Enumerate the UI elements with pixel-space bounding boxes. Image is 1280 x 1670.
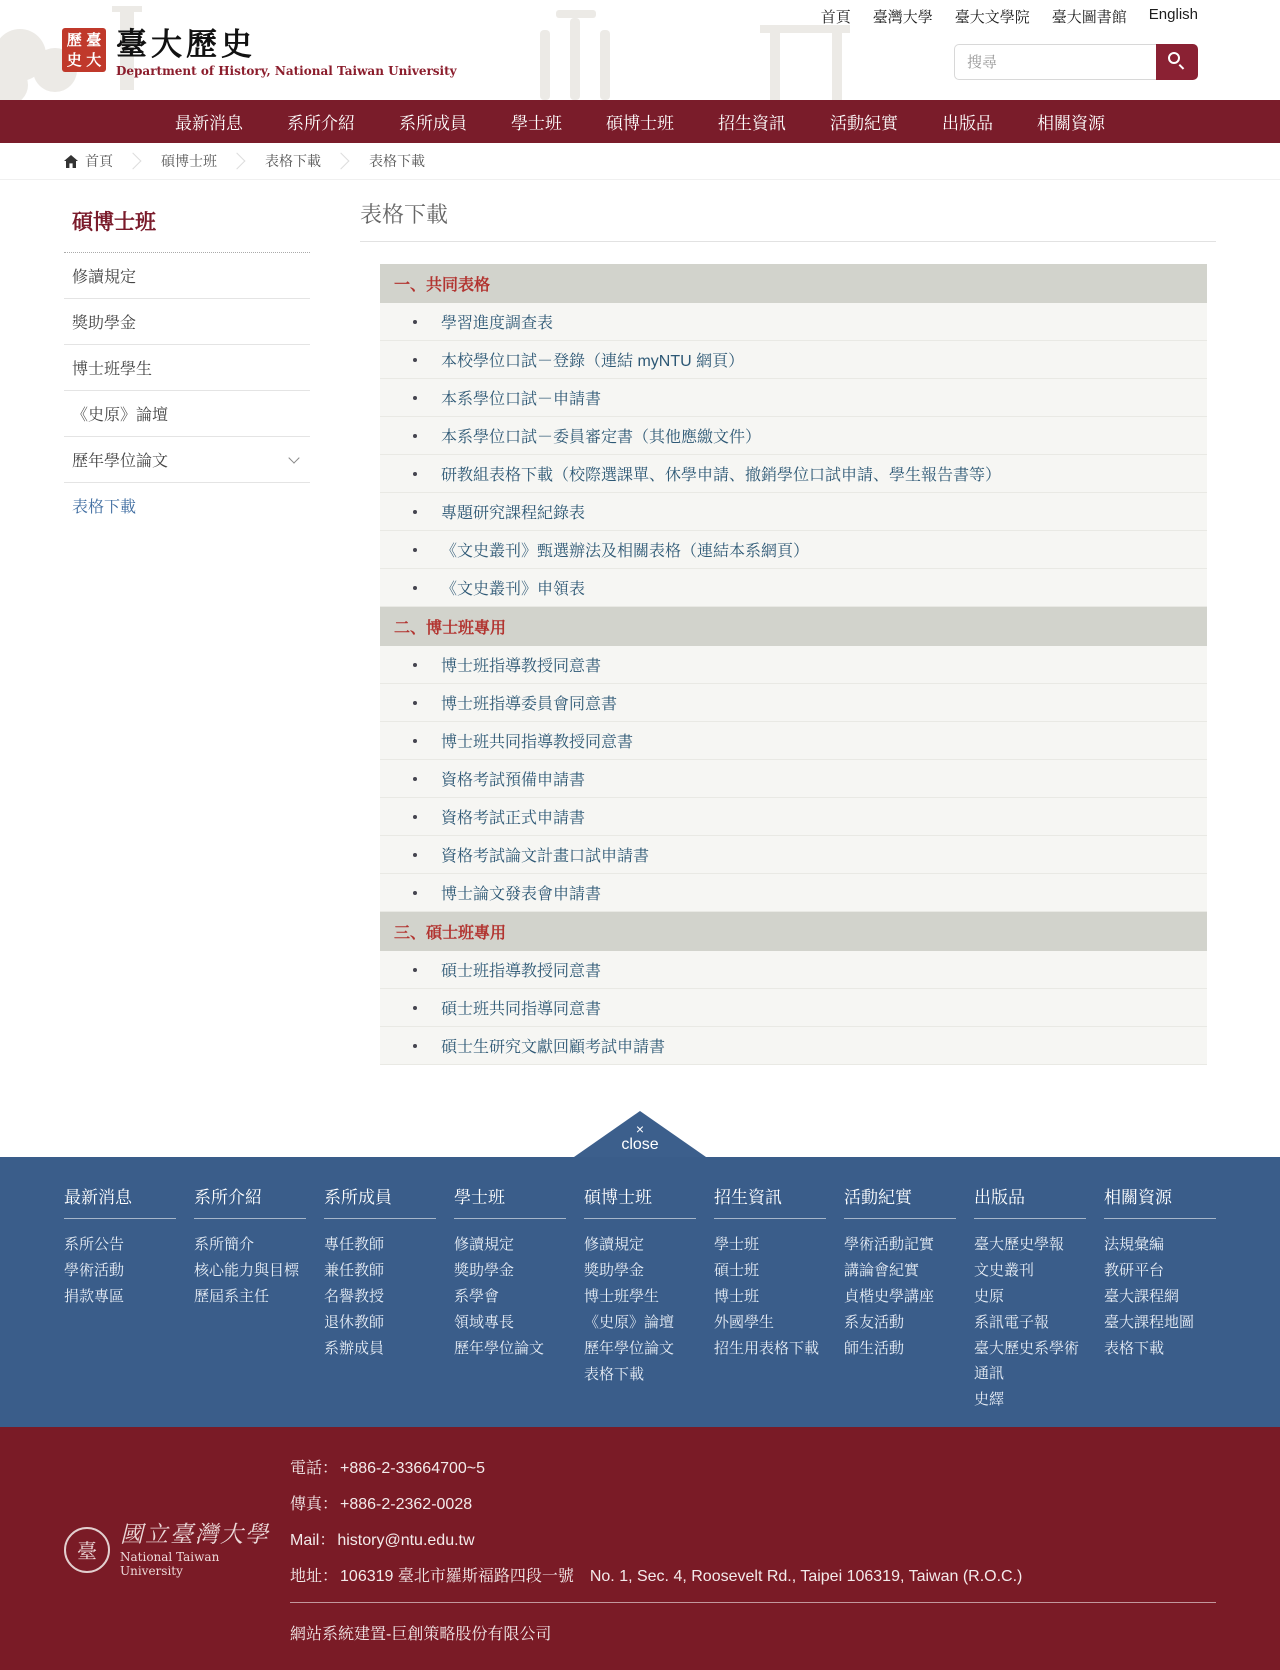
footer-link[interactable]: 系所簡介 bbox=[194, 1232, 306, 1257]
footer-column-title[interactable]: 招生資訊 bbox=[714, 1183, 826, 1219]
footer-link[interactable]: 表格下載 bbox=[584, 1362, 696, 1387]
footer-link[interactable]: 名譽教授 bbox=[324, 1284, 436, 1309]
footer-column-links: 專任教師 兼任教師 名譽教授 退休教師 系辦成員 bbox=[324, 1232, 436, 1361]
footer-column: 活動紀實 學術活動記實 講論會紀實 貞楷史學講座 系友活動 師生活動 bbox=[844, 1183, 956, 1413]
main-content: 表格下載 一、共同表格 學習進度調查表 bbox=[360, 198, 1216, 1065]
footer-link[interactable]: 碩士班 bbox=[714, 1258, 826, 1283]
download-link[interactable]: 本系學位口試－申請書 bbox=[441, 386, 601, 409]
footer-link[interactable]: 教研平台 bbox=[1104, 1258, 1216, 1283]
table-row: 研教組表格下載（校際選課單、休學申請、撤銷學位口試申請、學生報告書等） bbox=[380, 455, 1207, 493]
contact-line: Mail：history@ntu.edu.tw bbox=[290, 1527, 1216, 1550]
download-link[interactable]: 博士班指導教授同意書 bbox=[441, 653, 601, 676]
page-body: 碩博士班 修讀規定 獎助學金 博士班學生 《史原》論 bbox=[0, 180, 1280, 1095]
download-link[interactable]: 資格考試預備申請書 bbox=[441, 767, 585, 790]
sidebar-item-label: 表格下載 bbox=[72, 494, 136, 517]
seal-character: 歷 bbox=[65, 31, 84, 50]
sidebar-item-label: 歷年學位論文 bbox=[72, 448, 168, 471]
search-icon bbox=[1168, 52, 1180, 64]
top-utility-link[interactable]: 臺灣大學 bbox=[873, 6, 933, 27]
download-section: 三、碩士班專用 碩士班指導教授同意書 碩士班共同指導同意書 bbox=[380, 912, 1207, 1065]
footer-link[interactable]: 招生用表格下載 bbox=[714, 1336, 826, 1361]
table-row: 《文史叢刊》甄選辦法及相關表格（連結本系網頁） bbox=[380, 531, 1207, 569]
download-link[interactable]: 博士班指導委員會同意書 bbox=[441, 691, 617, 714]
breadcrumb-item[interactable]: 表格下載 bbox=[369, 151, 425, 171]
section-header: 三、碩士班專用 bbox=[380, 912, 1207, 951]
breadcrumb-item[interactable]: 首頁 bbox=[85, 151, 113, 171]
bullet-icon bbox=[413, 701, 417, 705]
sidebar-item[interactable]: 表格下載 bbox=[64, 483, 310, 528]
table-row: 資格考試預備申請書 bbox=[380, 760, 1207, 798]
table-row: 資格考試正式申請書 bbox=[380, 798, 1207, 836]
table-row: 博士班共同指導教授同意書 bbox=[380, 722, 1207, 760]
table-row: 本系學位口試－委員審定書（其他應繳文件） bbox=[380, 417, 1207, 455]
table-row: 學習進度調查表 bbox=[380, 303, 1207, 341]
footer-link[interactable]: 核心能力與目標 bbox=[194, 1258, 306, 1283]
section-rows: 博士班指導教授同意書 博士班指導委員會同意書 博士班共同指導教授同意書 bbox=[380, 646, 1207, 912]
footer-link[interactable]: 博士班 bbox=[714, 1284, 826, 1309]
sidebar-item[interactable]: 修讀規定 bbox=[64, 253, 310, 299]
footer-column-title[interactable]: 最新消息 bbox=[64, 1183, 176, 1219]
footer-link[interactable]: 領域專長 bbox=[454, 1310, 566, 1335]
department-seal-icon: 歷臺史大 bbox=[62, 28, 106, 72]
footer-link[interactable]: 專任教師 bbox=[324, 1232, 436, 1257]
section-rows: 碩士班指導教授同意書 碩士班共同指導同意書 碩士生研究文獻回顧考試申請書 bbox=[380, 951, 1207, 1065]
close-label: close bbox=[621, 1136, 658, 1154]
download-link[interactable]: 專題研究課程紀錄表 bbox=[441, 500, 585, 523]
download-link[interactable]: 博士論文發表會申請書 bbox=[441, 881, 601, 904]
close-icon: × bbox=[636, 1122, 644, 1136]
breadcrumb-separator-icon bbox=[229, 153, 246, 170]
footer-link[interactable]: 臺大課程地圖 bbox=[1104, 1310, 1216, 1335]
footer-link[interactable]: 史繹 bbox=[974, 1387, 1086, 1412]
footer-link[interactable]: 系所公告 bbox=[64, 1232, 176, 1257]
sidebar-item[interactable]: 歷年學位論文 bbox=[64, 437, 310, 483]
top-utility-link[interactable]: English bbox=[1149, 6, 1198, 27]
bullet-icon bbox=[413, 548, 417, 552]
primary-nav-item[interactable]: 活動紀實 bbox=[830, 109, 898, 134]
download-link[interactable]: 博士班共同指導教授同意書 bbox=[441, 729, 633, 752]
contact-value: history@ntu.edu.tw bbox=[337, 1532, 474, 1549]
footer-column-title[interactable]: 出版品 bbox=[974, 1183, 1086, 1219]
title-divider bbox=[360, 241, 1216, 242]
top-utility-link[interactable]: 首頁 bbox=[821, 6, 851, 27]
footer-link[interactable]: 貞楷史學講座 bbox=[844, 1284, 956, 1309]
bullet-icon bbox=[413, 1044, 417, 1048]
footer-link[interactable]: 捐款專區 bbox=[64, 1284, 176, 1309]
sidebar-item-label: 獎助學金 bbox=[72, 310, 136, 333]
footer-link[interactable]: 史原 bbox=[974, 1284, 1086, 1309]
footer-link[interactable]: 學術活動記實 bbox=[844, 1232, 956, 1257]
breadcrumb-item[interactable]: 碩博士班 bbox=[161, 151, 217, 171]
sidebar-item-label: 修讀規定 bbox=[72, 264, 136, 287]
primary-nav-item[interactable]: 系所成員 bbox=[399, 109, 467, 134]
footer-link[interactable]: 法規彙編 bbox=[1104, 1232, 1216, 1257]
bullet-icon bbox=[413, 434, 417, 438]
footer-column-links: 系所公告 學術活動 捐款專區 bbox=[64, 1232, 176, 1309]
footer-column-links: 系所簡介 核心能力與目標 歷屆系主任 bbox=[194, 1232, 306, 1309]
sidebar-item[interactable]: 博士班學生 bbox=[64, 345, 310, 391]
page-title: 表格下載 bbox=[360, 198, 1216, 241]
primary-nav-item[interactable]: 相關資源 bbox=[1037, 109, 1105, 134]
top-utility-link[interactable]: 臺大圖書館 bbox=[1052, 6, 1127, 27]
footer-link[interactable]: 系訊電子報 bbox=[974, 1310, 1086, 1335]
footer-link[interactable]: 表格下載 bbox=[1104, 1336, 1216, 1361]
contact-value: +886-2-33664700~5 bbox=[340, 1460, 485, 1477]
footer-link[interactable]: 講論會紀實 bbox=[844, 1258, 956, 1283]
ntu-seal-icon: 臺 bbox=[64, 1527, 110, 1573]
primary-nav-item[interactable]: 出版品 bbox=[942, 109, 993, 134]
ntu-logo: 臺 國立臺灣大學 National Taiwan University bbox=[64, 1522, 278, 1578]
primary-nav: 最新消息 系所介紹 系所成員 學士班 碩博士班 招生資訊 活動紀實 出版品 相關… bbox=[0, 100, 1280, 143]
section-header: 二、博士班專用 bbox=[380, 607, 1207, 646]
footer-column-title[interactable]: 活動紀實 bbox=[844, 1183, 956, 1219]
footer-column: 最新消息 系所公告 學術活動 捐款專區 bbox=[64, 1183, 176, 1413]
table-row: 本系學位口試－申請書 bbox=[380, 379, 1207, 417]
sidebar-item[interactable]: 《史原》論壇 bbox=[64, 391, 310, 437]
download-link[interactable]: 學習進度調查表 bbox=[441, 310, 553, 333]
site-logo[interactable]: 歷臺史大 臺大歷史 Department of History, Nationa… bbox=[62, 28, 457, 78]
footer-link[interactable]: 系友活動 bbox=[844, 1310, 956, 1335]
download-link[interactable]: 《文史叢刊》申領表 bbox=[441, 576, 585, 599]
footer-column-title[interactable]: 學士班 bbox=[454, 1183, 566, 1219]
footer-link[interactable]: 兼任教師 bbox=[324, 1258, 436, 1283]
bullet-icon bbox=[413, 358, 417, 362]
table-row: 博士班指導委員會同意書 bbox=[380, 684, 1207, 722]
footer-link[interactable]: 《史原》論壇 bbox=[584, 1310, 696, 1335]
university-name-en: National Taiwan University bbox=[120, 1550, 278, 1578]
section-rows: 學習進度調查表 本校學位口試－登錄（連結 myNTU 網頁） 本系學位口試－申請… bbox=[380, 303, 1207, 607]
breadcrumb-separator-icon bbox=[333, 153, 350, 170]
download-table: 一、共同表格 學習進度調查表 本校學位口試－登錄（連結 myNTU 網頁） bbox=[380, 264, 1207, 1065]
table-row: 碩士生研究文獻回顧考試申請書 bbox=[380, 1027, 1207, 1065]
site-subtitle: Department of History, National Taiwan U… bbox=[116, 64, 457, 78]
contact-divider bbox=[290, 1602, 1216, 1603]
university-name: 國立臺灣大學 bbox=[120, 1522, 278, 1548]
footer-link[interactable]: 退休教師 bbox=[324, 1310, 436, 1335]
footer-column-links: 法規彙編 教研平台 臺大課程網 臺大課程地圖 表格下載 bbox=[1104, 1232, 1216, 1361]
footer-link[interactable]: 獎助學金 bbox=[454, 1258, 566, 1283]
footer-column-links: 臺大歷史學報 文史叢刊 史原 系訊電子報 臺大歷史系學術通訊 史繹 bbox=[974, 1232, 1086, 1412]
footer-link[interactable]: 臺大歷史系學術通訊 bbox=[974, 1336, 1086, 1386]
seal-character: 大 bbox=[85, 51, 104, 70]
footer-link[interactable]: 臺大課程網 bbox=[1104, 1284, 1216, 1309]
footer-link[interactable]: 臺大歷史學報 bbox=[974, 1232, 1086, 1257]
contact-line: 地址：106319 臺北市羅斯福路四段一號 No. 1, Sec. 4, Roo… bbox=[290, 1563, 1216, 1586]
download-link[interactable]: 本校學位口試－登錄（連結 myNTU 網頁） bbox=[441, 348, 744, 371]
primary-nav-item[interactable]: 學士班 bbox=[511, 109, 562, 134]
sidebar: 碩博士班 修讀規定 獎助學金 博士班學生 《史原》論 bbox=[64, 198, 310, 1065]
table-row: 資格考試論文計畫口試申請書 bbox=[380, 836, 1207, 874]
section-header: 一、共同表格 bbox=[380, 264, 1207, 303]
footer-link[interactable]: 外國學生 bbox=[714, 1310, 826, 1335]
footer-column-title[interactable]: 系所成員 bbox=[324, 1183, 436, 1219]
footer-column-links: 學士班 碩士班 博士班 外國學生 招生用表格下載 bbox=[714, 1232, 826, 1361]
footer-column-links: 修讀規定 獎助學金 博士班學生 《史原》論壇 歷年學位論文 表格下載 bbox=[584, 1232, 696, 1387]
download-link[interactable]: 資格考試論文計畫口試申請書 bbox=[441, 843, 649, 866]
footer-column: 相關資源 法規彙編 教研平台 臺大課程網 臺大課程地圖 表格下載 bbox=[1104, 1183, 1216, 1413]
site-credit: 網站系統建置-巨創策略股份有限公司 bbox=[290, 1621, 1216, 1644]
bullet-icon bbox=[413, 472, 417, 476]
home-icon bbox=[64, 155, 78, 168]
footer-link[interactable]: 歷屆系主任 bbox=[194, 1284, 306, 1309]
chevron-down-icon bbox=[288, 452, 299, 463]
contact-info: 電話：+886-2-33664700~5 傳真：+886-2-2362-0028… bbox=[290, 1455, 1216, 1644]
bullet-icon bbox=[413, 815, 417, 819]
footer-column: 碩博士班 修讀規定 獎助學金 博士班學生 《史原》論壇 歷年學位論文 表格下載 bbox=[584, 1183, 696, 1413]
table-row: 專題研究課程紀錄表 bbox=[380, 493, 1207, 531]
download-link[interactable]: 資格考試正式申請書 bbox=[441, 805, 585, 828]
footer-link[interactable]: 學術活動 bbox=[64, 1258, 176, 1283]
footer-column-links: 修讀規定 獎助學金 系學會 領域專長 歷年學位論文 bbox=[454, 1232, 566, 1361]
footer-column: 學士班 修讀規定 獎助學金 系學會 領域專長 歷年學位論文 bbox=[454, 1183, 566, 1413]
bullet-icon bbox=[413, 510, 417, 514]
bullet-icon bbox=[413, 586, 417, 590]
footer-sitemap: 最新消息 系所公告 學術活動 捐款專區 系所介紹 系所簡介 核心能力與目標 bbox=[0, 1157, 1280, 1427]
footer-close-button[interactable]: × close bbox=[574, 1111, 706, 1157]
footer-close-container: × close bbox=[0, 1111, 1280, 1157]
bullet-icon bbox=[413, 853, 417, 857]
bullet-icon bbox=[413, 891, 417, 895]
site-title: 臺大歷史 bbox=[116, 28, 457, 62]
table-row: 本校學位口試－登錄（連結 myNTU 網頁） bbox=[380, 341, 1207, 379]
table-row: 《文史叢刊》申領表 bbox=[380, 569, 1207, 607]
download-link[interactable]: 碩士生研究文獻回顧考試申請書 bbox=[441, 1034, 665, 1057]
footer-column-title[interactable]: 相關資源 bbox=[1104, 1183, 1216, 1219]
sidebar-item-label: 《史原》論壇 bbox=[72, 402, 168, 425]
footer-link[interactable]: 系學會 bbox=[454, 1284, 566, 1309]
search-button[interactable] bbox=[1156, 44, 1198, 80]
sidebar-item-label: 博士班學生 bbox=[72, 356, 152, 379]
footer-link[interactable]: 文史叢刊 bbox=[974, 1258, 1086, 1283]
search-input[interactable] bbox=[954, 44, 1156, 80]
bullet-icon bbox=[413, 968, 417, 972]
footer-column: 招生資訊 學士班 碩士班 博士班 外國學生 招生用表格下載 bbox=[714, 1183, 826, 1413]
footer-link[interactable]: 歷年學位論文 bbox=[584, 1336, 696, 1361]
footer-column: 出版品 臺大歷史學報 文史叢刊 史原 系訊電子報 臺大歷史系學術通訊 史繹 bbox=[974, 1183, 1086, 1413]
breadcrumb: 首頁 碩博士班 表格下載 表格下載 bbox=[0, 143, 1280, 180]
footer-column: 系所成員 專任教師 兼任教師 名譽教授 退休教師 系辦成員 bbox=[324, 1183, 436, 1413]
top-utility-nav: 首頁 臺灣大學 臺大文學院 臺大圖書館 English bbox=[821, 6, 1198, 27]
download-link[interactable]: 研教組表格下載（校際選課單、休學申請、撤銷學位口試申請、學生報告書等） bbox=[441, 462, 1001, 485]
footer-column-links: 學術活動記實 講論會紀實 貞楷史學講座 系友活動 師生活動 bbox=[844, 1232, 956, 1361]
footer-link[interactable]: 博士班學生 bbox=[584, 1284, 696, 1309]
footer-link[interactable]: 系辦成員 bbox=[324, 1336, 436, 1361]
download-link[interactable]: 本系學位口試－委員審定書（其他應繳文件） bbox=[441, 424, 761, 447]
seal-character: 史 bbox=[65, 51, 84, 70]
download-link[interactable]: 碩士班共同指導同意書 bbox=[441, 996, 601, 1019]
contact-line: 傳真：+886-2-2362-0028 bbox=[290, 1491, 1216, 1514]
bullet-icon bbox=[413, 396, 417, 400]
download-link[interactable]: 《文史叢刊》甄選辦法及相關表格（連結本系網頁） bbox=[441, 538, 809, 561]
breadcrumb-item[interactable]: 表格下載 bbox=[265, 151, 321, 171]
sidebar-title: 碩博士班 bbox=[64, 198, 310, 253]
contact-label: 電話： bbox=[290, 1460, 338, 1477]
footer-link[interactable]: 獎助學金 bbox=[584, 1258, 696, 1283]
bullet-icon bbox=[413, 777, 417, 781]
bullet-icon bbox=[413, 320, 417, 324]
primary-nav-item[interactable]: 系所介紹 bbox=[287, 109, 355, 134]
download-section: 一、共同表格 學習進度調查表 本校學位口試－登錄（連結 myNTU 網頁） bbox=[380, 264, 1207, 607]
site-header: 首頁 臺灣大學 臺大文學院 臺大圖書館 English 歷臺史大 臺大歷史 De… bbox=[0, 0, 1280, 100]
contact-label: 傳真： bbox=[290, 1496, 338, 1513]
breadcrumb-separator-icon bbox=[125, 153, 142, 170]
download-section: 二、博士班專用 博士班指導教授同意書 博士班指導委員會同意書 bbox=[380, 607, 1207, 912]
primary-nav-item[interactable]: 碩博士班 bbox=[606, 109, 674, 134]
seal-character: 臺 bbox=[85, 31, 104, 50]
bullet-icon bbox=[413, 663, 417, 667]
table-row: 碩士班共同指導同意書 bbox=[380, 989, 1207, 1027]
download-link[interactable]: 碩士班指導教授同意書 bbox=[441, 958, 601, 981]
footer-link[interactable]: 師生活動 bbox=[844, 1336, 956, 1361]
footer-column-title[interactable]: 系所介紹 bbox=[194, 1183, 306, 1219]
contact-value: +886-2-2362-0028 bbox=[340, 1496, 472, 1513]
bullet-icon bbox=[413, 739, 417, 743]
contact-label: 地址： bbox=[290, 1568, 338, 1585]
contact-label: Mail： bbox=[290, 1532, 335, 1549]
table-row: 博士論文發表會申請書 bbox=[380, 874, 1207, 912]
footer-link[interactable]: 修讀規定 bbox=[584, 1232, 696, 1257]
primary-nav-item[interactable]: 招生資訊 bbox=[718, 109, 786, 134]
table-row: 博士班指導教授同意書 bbox=[380, 646, 1207, 684]
contact-value: 106319 臺北市羅斯福路四段一號 No. 1, Sec. 4, Roosev… bbox=[340, 1568, 1022, 1585]
footer-link[interactable]: 歷年學位論文 bbox=[454, 1336, 566, 1361]
footer-link[interactable]: 學士班 bbox=[714, 1232, 826, 1257]
footer-column-title[interactable]: 碩博士班 bbox=[584, 1183, 696, 1219]
footer-link[interactable]: 修讀規定 bbox=[454, 1232, 566, 1257]
sidebar-item[interactable]: 獎助學金 bbox=[64, 299, 310, 345]
contact-line: 電話：+886-2-33664700~5 bbox=[290, 1455, 1216, 1478]
top-utility-link[interactable]: 臺大文學院 bbox=[955, 6, 1030, 27]
primary-nav-item[interactable]: 最新消息 bbox=[175, 109, 243, 134]
footer-contact: 臺 國立臺灣大學 National Taiwan University 電話：+… bbox=[0, 1427, 1280, 1670]
search-bar bbox=[954, 44, 1198, 80]
footer-column: 系所介紹 系所簡介 核心能力與目標 歷屆系主任 bbox=[194, 1183, 306, 1413]
bullet-icon bbox=[413, 1006, 417, 1010]
sidebar-menu: 修讀規定 獎助學金 博士班學生 《史原》論壇 bbox=[64, 253, 310, 528]
table-row: 碩士班指導教授同意書 bbox=[380, 951, 1207, 989]
